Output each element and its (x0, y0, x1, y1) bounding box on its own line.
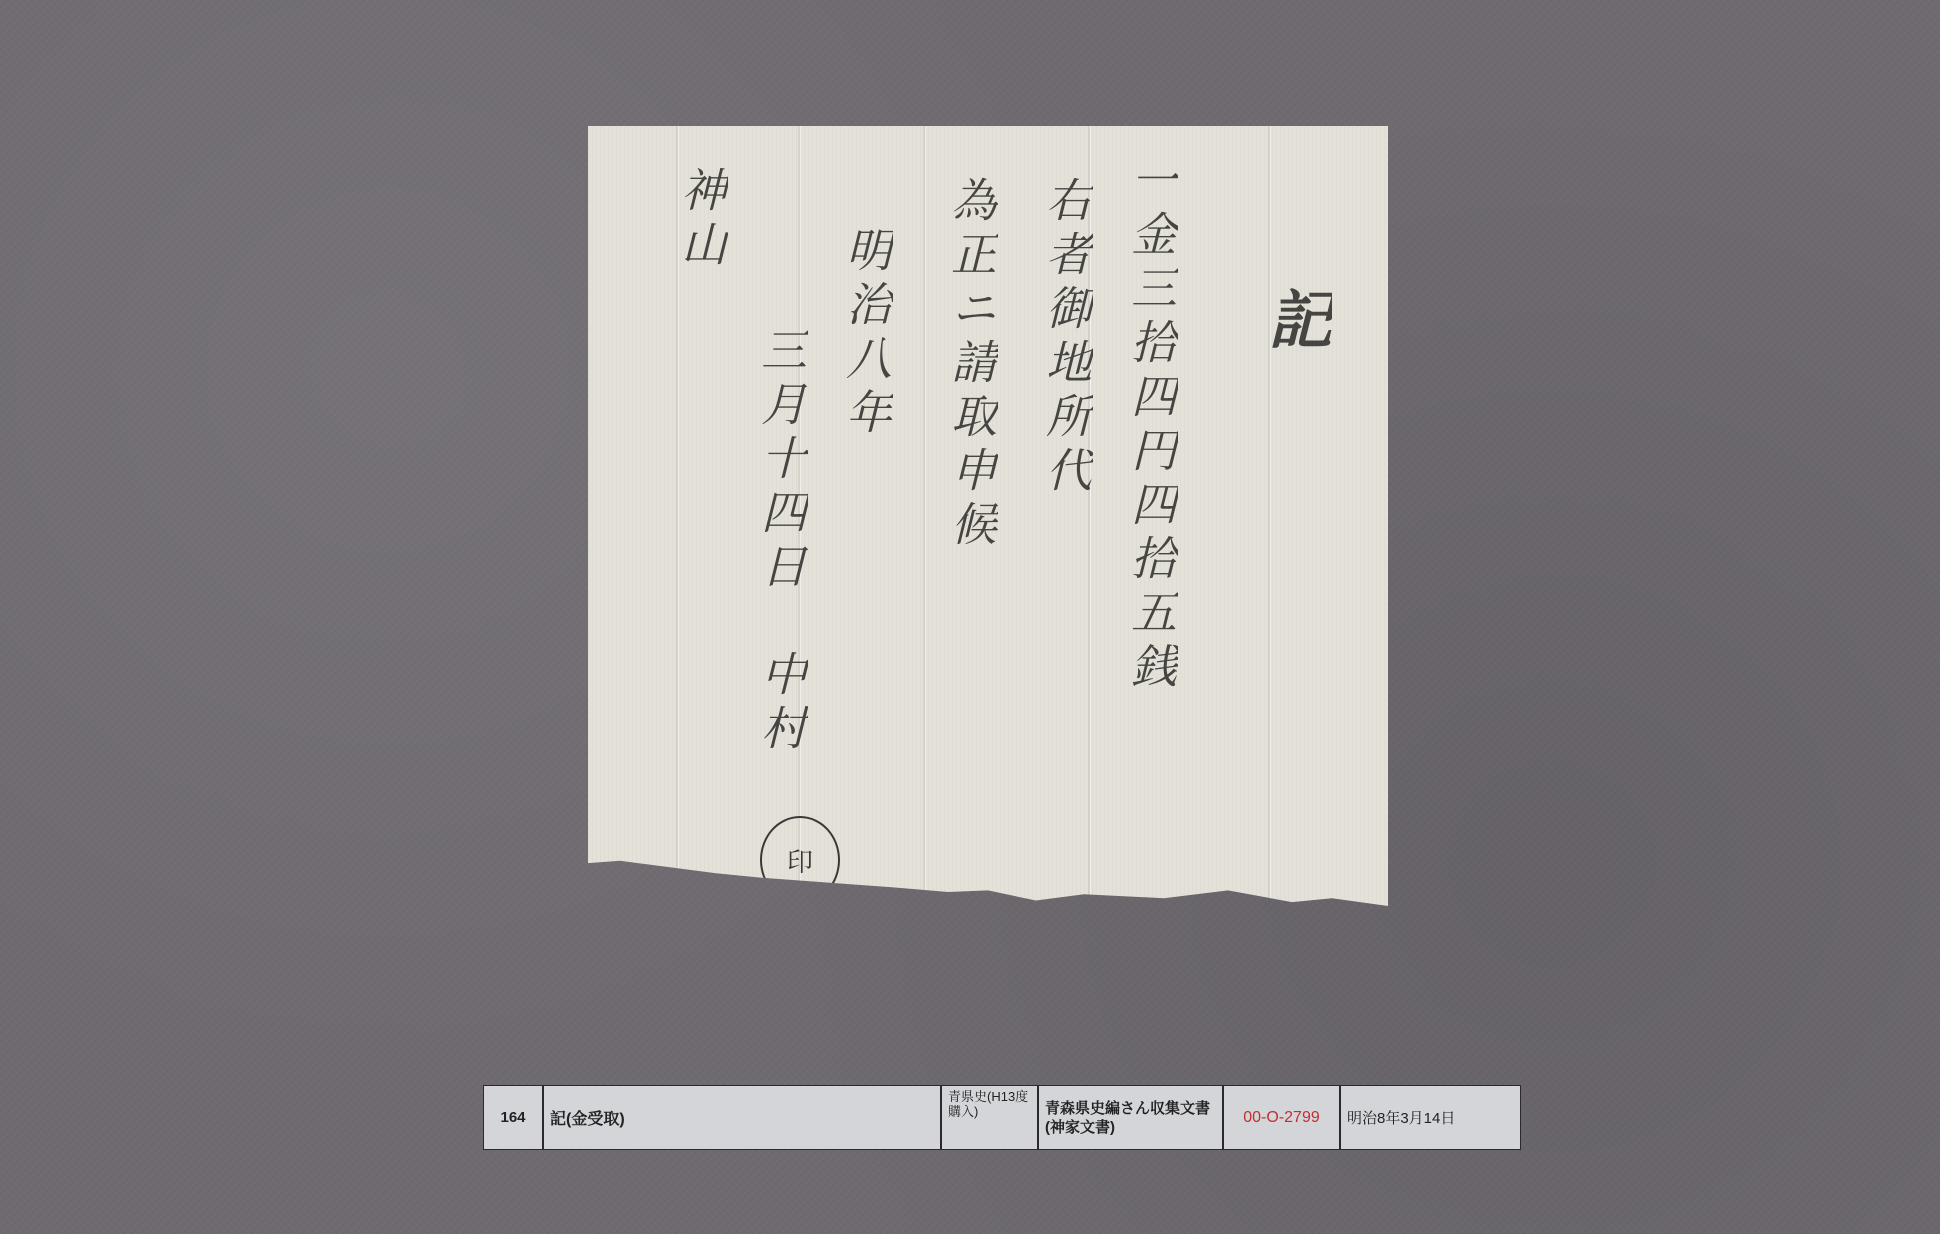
document-line-3: 為正ニ請取申候 (938, 176, 1004, 554)
label-id: 00-O-2799 (1224, 1086, 1341, 1149)
document-line-6: 神山 (668, 166, 734, 274)
label-date: 明治8年3月14日 (1341, 1086, 1520, 1149)
document-line-4: 明治八年 (833, 226, 899, 442)
label-collection: 青森県史編さん収集文書(神家文書) (1039, 1086, 1224, 1149)
catalog-label: 164 記(金受取) 青県史(H13度購入) 青森県史編さん収集文書(神家文書)… (483, 1085, 1521, 1150)
label-title: 記(金受取) (544, 1086, 942, 1149)
label-source: 青県史(H13度購入) (942, 1086, 1039, 1149)
document-line-5: 三月十四日 中村 (748, 326, 814, 758)
label-number: 164 (484, 1086, 544, 1149)
seal-text: 印 (787, 842, 813, 879)
fold-line (1268, 126, 1270, 906)
document-line-2: 右者御地所代 (1033, 176, 1099, 500)
fold-line (923, 126, 925, 906)
historical-document: 記 一金三拾四円四拾五銭 右者御地所代 為正ニ請取申候 明治八年 三月十四日 中… (588, 126, 1388, 906)
document-heading: 記 (1248, 286, 1340, 358)
document-line-1: 一金三拾四円四拾五銭 (1118, 156, 1184, 696)
